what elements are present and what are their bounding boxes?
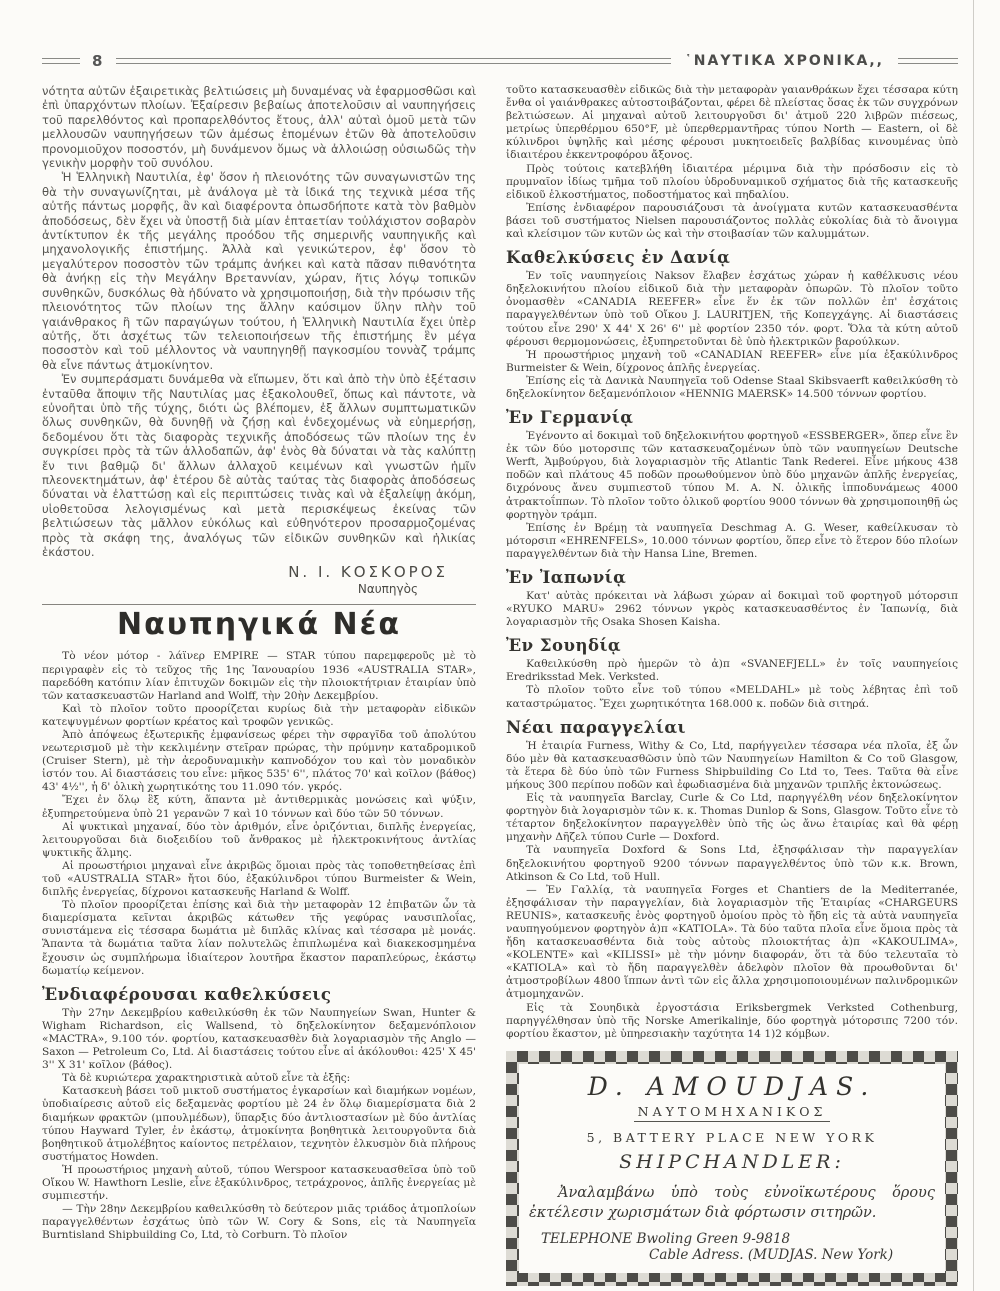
ad-subtitle: ΝΑΥΤΟΜΗΧΑΝΙΚΟΣ xyxy=(634,1104,831,1122)
two-column-layout: νότητα αὐτῶν ἐξαιρετικὰς βελτιώσεις μὴ δ… xyxy=(42,84,958,1291)
ad-address: 5, BATTERY PLACE NEW YORK xyxy=(529,1130,935,1145)
ad-company-name: D. AMOUDJAS. xyxy=(529,1072,935,1101)
paragraph: Ἡ προωστήριος μηχανὴ αὐτοῦ, τύπου Werspo… xyxy=(42,1164,476,1203)
shipping-editorial-article: νότητα αὐτῶν ἐξαιρετικὰς βελτιώσεις μὴ δ… xyxy=(42,84,476,596)
subheading-new-orders: Νέαι παραγγελίαι xyxy=(506,718,958,737)
shipbuilding-news-left: Τὸ νέον μότορ - λάϊνερ EMPIRE — STAR τύπ… xyxy=(42,650,476,1242)
paragraph: Εἰς τὰ Σουηδικὰ ἐργοστάσια Eriksbergmek … xyxy=(506,1002,958,1041)
paragraph: Ἐν συμπεράσματι δυνάμεθα νὰ εἴπωμεν, ὅτι… xyxy=(42,372,476,559)
paragraph: Τὰ ναυπηγεῖα Doxford & Sons Ltd, ἐξησφάλ… xyxy=(506,844,958,883)
paragraph: Τὴν 27ην Δεκεμβρίου καθειλκύσθη ἐκ τῶν Ν… xyxy=(42,1007,476,1072)
page-number: 8 xyxy=(92,52,102,70)
paragraph: Αἱ προωστήριοι μηχαναὶ εἶνε ἀκριβῶς ὅμοι… xyxy=(42,860,476,899)
section-divider xyxy=(42,604,476,605)
paragraph: Ἐγένοντο αἱ δοκιμαὶ τοῦ δηξελοκινήτου φο… xyxy=(506,430,958,522)
header-rule-center xyxy=(116,58,670,64)
paragraph: Ἡ ἑταιρία Furness, Withy & Co, Ltd, παρή… xyxy=(506,740,958,792)
left-column: νότητα αὐτῶν ἐξαιρετικὰς βελτιώσεις μὴ δ… xyxy=(42,84,476,1291)
news-section-title: Ναυπηγικά Νέα xyxy=(42,607,476,642)
paragraph: Καὶ τὸ πλοῖον τοῦτο προορίζεται κυρίως δ… xyxy=(42,703,476,729)
subheading-in-germany: Ἐν Γερμανίᾳ xyxy=(506,408,958,427)
header-rule-right xyxy=(898,58,958,64)
shipbuilding-news-right: τοῦτο κατασκευασθὲν εἰδικῶς διὰ τὴν μετα… xyxy=(506,84,958,1041)
subheading-launchings-denmark: Καθελκύσεις ἐν Δανίᾳ xyxy=(506,248,958,267)
paragraph: τοῦτο κατασκευασθὲν εἰδικῶς διὰ τὴν μετα… xyxy=(506,84,958,163)
page-header: 8 ῾ΝΑΥΤΙΚΑ ΧΡΟΝΙΚΑ,, xyxy=(42,52,958,70)
paragraph: Πρὸς τούτοις κατεβλήθη ἰδιαιτέρα μέριμνα… xyxy=(506,163,958,202)
paragraph: νότητα αὐτῶν ἐξαιρετικὰς βελτιώσεις μὴ δ… xyxy=(42,84,476,170)
ad-role: SHIPCHANDLER: xyxy=(529,1151,935,1173)
paragraph: Ἐπίσης ἐνδιαφέρον παρουσιάζουσι τὰ ἀνοίγ… xyxy=(506,202,958,241)
subheading-in-japan: Ἐν Ἰαπωνίᾳ xyxy=(506,568,958,587)
advertisement-amoudjas: D. AMOUDJAS. ΝΑΥΤΟΜΗΧΑΝΙΚΟΣ 5, BATTERY P… xyxy=(519,1064,945,1273)
ad-phone: TELEPHONE Bwoling Green 9-9818 xyxy=(529,1231,935,1247)
subheading-interesting-launchings: Ἐνδιαφέρουσαι καθελκύσεις xyxy=(42,985,476,1004)
paragraph: — Ἐν Γαλλίᾳ, τὰ ναυπηγεῖα Forges et Chan… xyxy=(506,884,958,1002)
paragraph: Κατ' αὐτὰς πρόκειται νὰ λάβωσι χώραν αἱ … xyxy=(506,590,958,629)
paragraph: Ἐπίσης εἰς τὰ Δανικὰ Ναυπηγεῖα τοῦ Odens… xyxy=(506,375,958,401)
author-title: Ναυπηγὸς xyxy=(42,582,448,596)
paragraph: Τὸ πλοῖον προορίζεται ἐπίσης καὶ διὰ τὴν… xyxy=(42,899,476,978)
right-column: τοῦτο κατασκευασθὲν εἰδικῶς διὰ τὴν μετα… xyxy=(506,84,958,1291)
paragraph: Τὸ νέον μότορ - λάϊνερ EMPIRE — STAR τύπ… xyxy=(42,650,476,702)
paragraph: Ἐν τοῖς ναυπηγείοις Naksov ἔλαβεν ἐσχάτω… xyxy=(506,270,958,349)
subheading-in-sweden: Ἐν Σουηδίᾳ xyxy=(506,636,958,655)
magazine-page: 8 ῾ΝΑΥΤΙΚΑ ΧΡΟΝΙΚΑ,, νότητα αὐτῶν ἐξαιρε… xyxy=(0,0,1000,1291)
paragraph: Εἰς τὰ ναυπηγεῖα Barclay, Curle & Co Ltd… xyxy=(506,792,958,844)
paragraph: Αἱ ψυκτικαὶ μηχαναί, δύο τὸν ἀριθμόν, εἶ… xyxy=(42,821,476,860)
scan-edge-line xyxy=(973,0,974,1291)
paragraph: Ἀπὸ ἀπόψεως ἐξωτερικῆς ἐμφανίσεως φέρει … xyxy=(42,729,476,794)
paragraph: Κατασκευὴ βάσει τοῦ μικτοῦ συστήματος ἐγ… xyxy=(42,1085,476,1164)
paragraph: Ἡ Ἑλληνικὴ Ναυτιλία, ἐφ' ὅσον ἡ πλειονότ… xyxy=(42,170,476,372)
header-rule-left xyxy=(42,58,80,64)
paragraph: Καθειλκύσθη πρὸ ἡμερῶν τὸ ἀ)π «SVANEFJEL… xyxy=(506,658,958,684)
paragraph: Τὸ πλοῖον τοῦτο εἶνε τοῦ τύπου «MELDAHL»… xyxy=(506,684,958,710)
magazine-title: ῾ΝΑΥΤΙΚΑ ΧΡΟΝΙΚΑ,, xyxy=(685,53,884,69)
author-name: Ν. Ι. ΚΟΣΚΟΡΟΣ xyxy=(42,563,448,581)
ad-cable-address: Cable Adress. (MUDJAS. New York) xyxy=(529,1247,935,1263)
paragraph: Ἔχει ἐν ὅλῳ ἓξ κύτη, ἅπαντα μὲ ἀντιθερμι… xyxy=(42,794,476,820)
paragraph: Ἐπίσης ἐν Βρέμῃ τὰ ναυπηγεῖα Deschmag A.… xyxy=(506,522,958,561)
ad-body-text: Ἀναλαμβάνω ὑπὸ τοὺς εὐνοϊκωτέρους ὅρους … xyxy=(529,1183,935,1223)
paragraph: Τὰ δὲ κυριώτερα χαρακτηριστικὰ αὐτοῦ εἶν… xyxy=(42,1072,476,1085)
advertisement-checkered-frame: D. AMOUDJAS. ΝΑΥΤΟΜΗΧΑΝΙΚΟΣ 5, BATTERY P… xyxy=(506,1051,958,1286)
paragraph: Ἡ προωστήριος μηχανὴ τοῦ «CANADIAN REEFE… xyxy=(506,349,958,375)
author-signature: Ν. Ι. ΚΟΣΚΟΡΟΣ Ναυπηγὸς xyxy=(42,563,476,596)
paragraph: — Τὴν 28ην Δεκεμβρίου καθειλκύσθη τὸ δεύ… xyxy=(42,1203,476,1242)
